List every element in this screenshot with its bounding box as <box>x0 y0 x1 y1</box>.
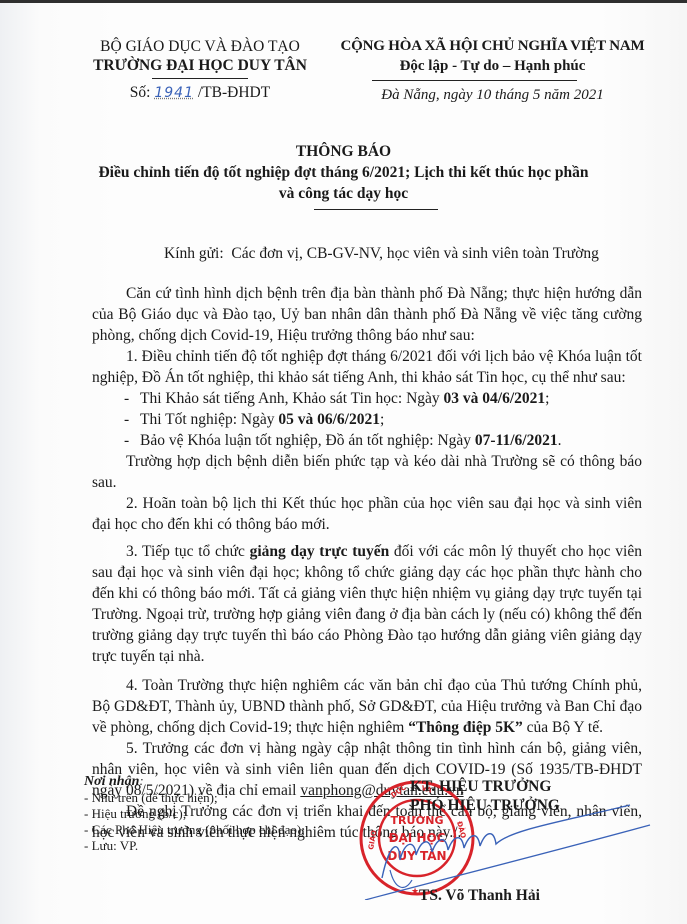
header-right-divider <box>372 80 577 81</box>
number-suffix: /TB-ĐHDT <box>198 84 270 101</box>
document-subtitle-line1: Điều chỉnh tiến độ tốt nghiệp đợt tháng … <box>0 164 687 182</box>
number-value: 1941 <box>154 85 194 101</box>
greeting-recipients: Các đơn vị, CB-GV-NV, học viên và sinh v… <box>231 245 599 262</box>
title-divider <box>314 209 438 210</box>
recipients-label: Nơi nhận <box>84 774 139 789</box>
school-name: TRƯỜNG ĐẠI HỌC DUY TÂN <box>80 57 320 75</box>
item-3: 3. Tiếp tục tổ chức giảng dạy trực tuyến… <box>92 541 642 667</box>
republic-name: CỘNG HÒA XÃ HỘI CHỦ NGHĨA VIỆT NAM <box>330 38 655 55</box>
greeting: Kính gửi: Các đơn vị, CB-GV-NV, học viên… <box>164 245 599 263</box>
recipient-item: - Các Phó Hiệu trưởng (phối hợp chỉ đạo)… <box>84 822 305 838</box>
intro-paragraph: Căn cứ tình hình dịch bệnh trên địa bàn … <box>92 283 642 346</box>
item-1-note: Trường hợp dịch bệnh diễn biến phức tạp … <box>92 451 642 493</box>
recipient-item: - Như trên (để thực hiện); <box>84 790 305 806</box>
document-number: Số: 1941 /TB-ĐHDT <box>80 84 320 102</box>
recipients-list: Nơi nhận: - Như trên (để thực hiện); - H… <box>84 773 305 854</box>
signer-name: TS. Võ Thanh Hải <box>419 887 540 905</box>
document-subtitle-line2: và công tác dạy học <box>0 185 687 203</box>
document-date: Đà Nẵng, ngày 10 tháng 5 năm 2021 <box>330 87 655 104</box>
recipient-item: - Lưu: VP. <box>84 838 305 854</box>
item-4: 4. Toàn Trường thực hiện nghiêm các văn … <box>92 675 642 738</box>
item-1: 1. Điều chỉnh tiến độ tốt nghiệp đợt thá… <box>92 346 642 388</box>
handwritten-signature-icon <box>360 800 660 900</box>
item-2: 2. Hoãn toàn bộ lịch thi Kết thúc học ph… <box>92 493 642 535</box>
recipient-item: - Hiệu trưởng (b/c); <box>84 806 305 822</box>
bullet-item: -Bảo vệ Khóa luận tốt nghiệp, Đồ án tốt … <box>92 430 642 451</box>
greeting-label: Kính gửi: <box>164 245 224 262</box>
document-body: Căn cứ tình hình dịch bệnh trên địa bàn … <box>92 283 642 843</box>
number-label: Số: <box>130 84 151 101</box>
ministry-name: BỘ GIÁO DỤC VÀ ĐÀO TẠO <box>80 38 320 56</box>
document-title: THÔNG BÁO <box>0 143 687 161</box>
bullet-item: -Thi Khảo sát tiếng Anh, Khảo sát Tin họ… <box>92 388 642 409</box>
national-motto: Độc lập - Tự do – Hạnh phúc <box>330 58 655 75</box>
header-left-divider <box>152 78 248 79</box>
bullet-item: -Thi Tốt nghiệp: Ngày 05 và 06/6/2021; <box>92 409 642 430</box>
svg-text:DỤC: DỤC <box>390 784 408 800</box>
signature-title-1: KT. HIỆU TRƯỞNG <box>410 778 551 796</box>
